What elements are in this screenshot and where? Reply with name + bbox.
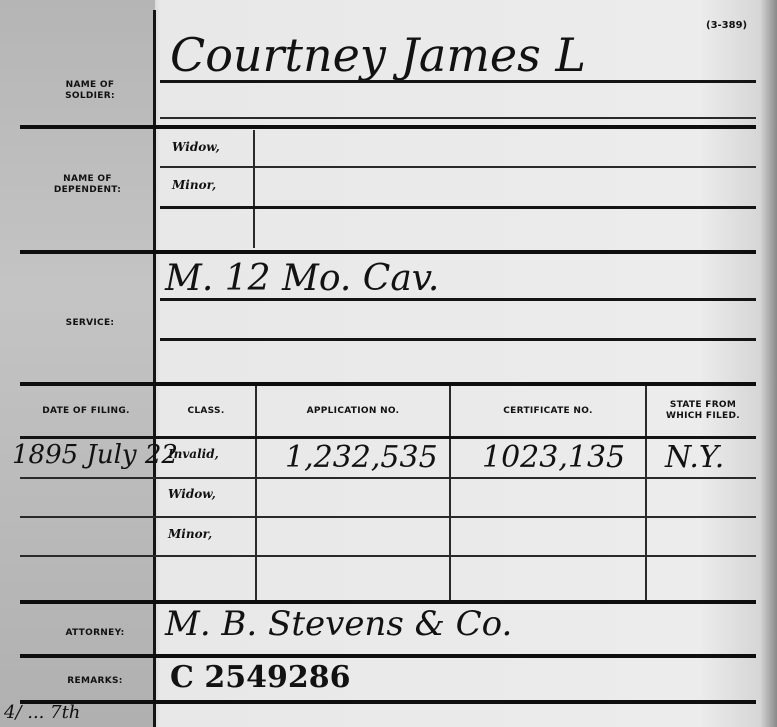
- attorney-value: M. B. Stevens & Co.: [165, 604, 512, 644]
- column-divider: [645, 386, 647, 602]
- rule: [160, 80, 756, 83]
- date-of-filing-value: 1895 July 22: [12, 440, 178, 470]
- column-divider: [253, 130, 255, 248]
- section-rule: [20, 654, 756, 658]
- section-rule: [20, 250, 756, 254]
- label-service: SERVICE:: [40, 318, 140, 329]
- state-filed-value: N.Y.: [665, 440, 724, 475]
- label-date-of-filing: DATE OF FILING.: [22, 406, 150, 417]
- section-rule: [20, 125, 756, 129]
- label-divider: [153, 10, 156, 727]
- certificate-no-value: 1023,135: [482, 440, 625, 475]
- label-column: [0, 0, 155, 727]
- dependent-class-widow: Widow,: [172, 140, 220, 154]
- column-divider: [449, 386, 451, 602]
- label-remarks: REMARKS:: [40, 676, 150, 687]
- rule: [160, 206, 756, 209]
- rule: [20, 516, 756, 518]
- label-attorney: ATTORNEY:: [40, 628, 150, 639]
- margin-note: 4/ ... 7th: [4, 702, 80, 723]
- dependent-class-minor: Minor,: [172, 178, 216, 192]
- soldier-name: Courtney James L: [170, 28, 586, 82]
- remarks-value: C 2549286: [170, 660, 350, 695]
- filing-class-widow: Widow,: [168, 487, 216, 501]
- rule: [20, 477, 756, 479]
- label-application-no: APPLICATION NO.: [260, 406, 446, 417]
- rule: [20, 555, 756, 557]
- label-name-of-dependent: NAME OF DEPENDENT:: [30, 174, 145, 196]
- application-no-value: 1,232,535: [285, 440, 438, 475]
- label-name-of-soldier: NAME OF SOLDIER:: [40, 80, 140, 102]
- rule: [160, 117, 756, 119]
- form-number: (3-389): [706, 20, 747, 31]
- pension-index-card: (3-389) NAME OF SOLDIER: Courtney James …: [0, 0, 777, 727]
- label-certificate-no: CERTIFICATE NO.: [454, 406, 642, 417]
- label-state-from-which-filed: STATE FROM WHICH FILED.: [650, 400, 756, 422]
- section-rule: [20, 700, 756, 704]
- rule: [160, 166, 756, 168]
- service-value: M. 12 Mo. Cav.: [165, 258, 439, 299]
- label-class: CLASS.: [160, 406, 252, 417]
- column-divider: [255, 386, 257, 602]
- rule: [20, 436, 756, 439]
- rule: [160, 298, 756, 301]
- rule: [160, 338, 756, 341]
- filing-class-minor: Minor,: [168, 527, 212, 541]
